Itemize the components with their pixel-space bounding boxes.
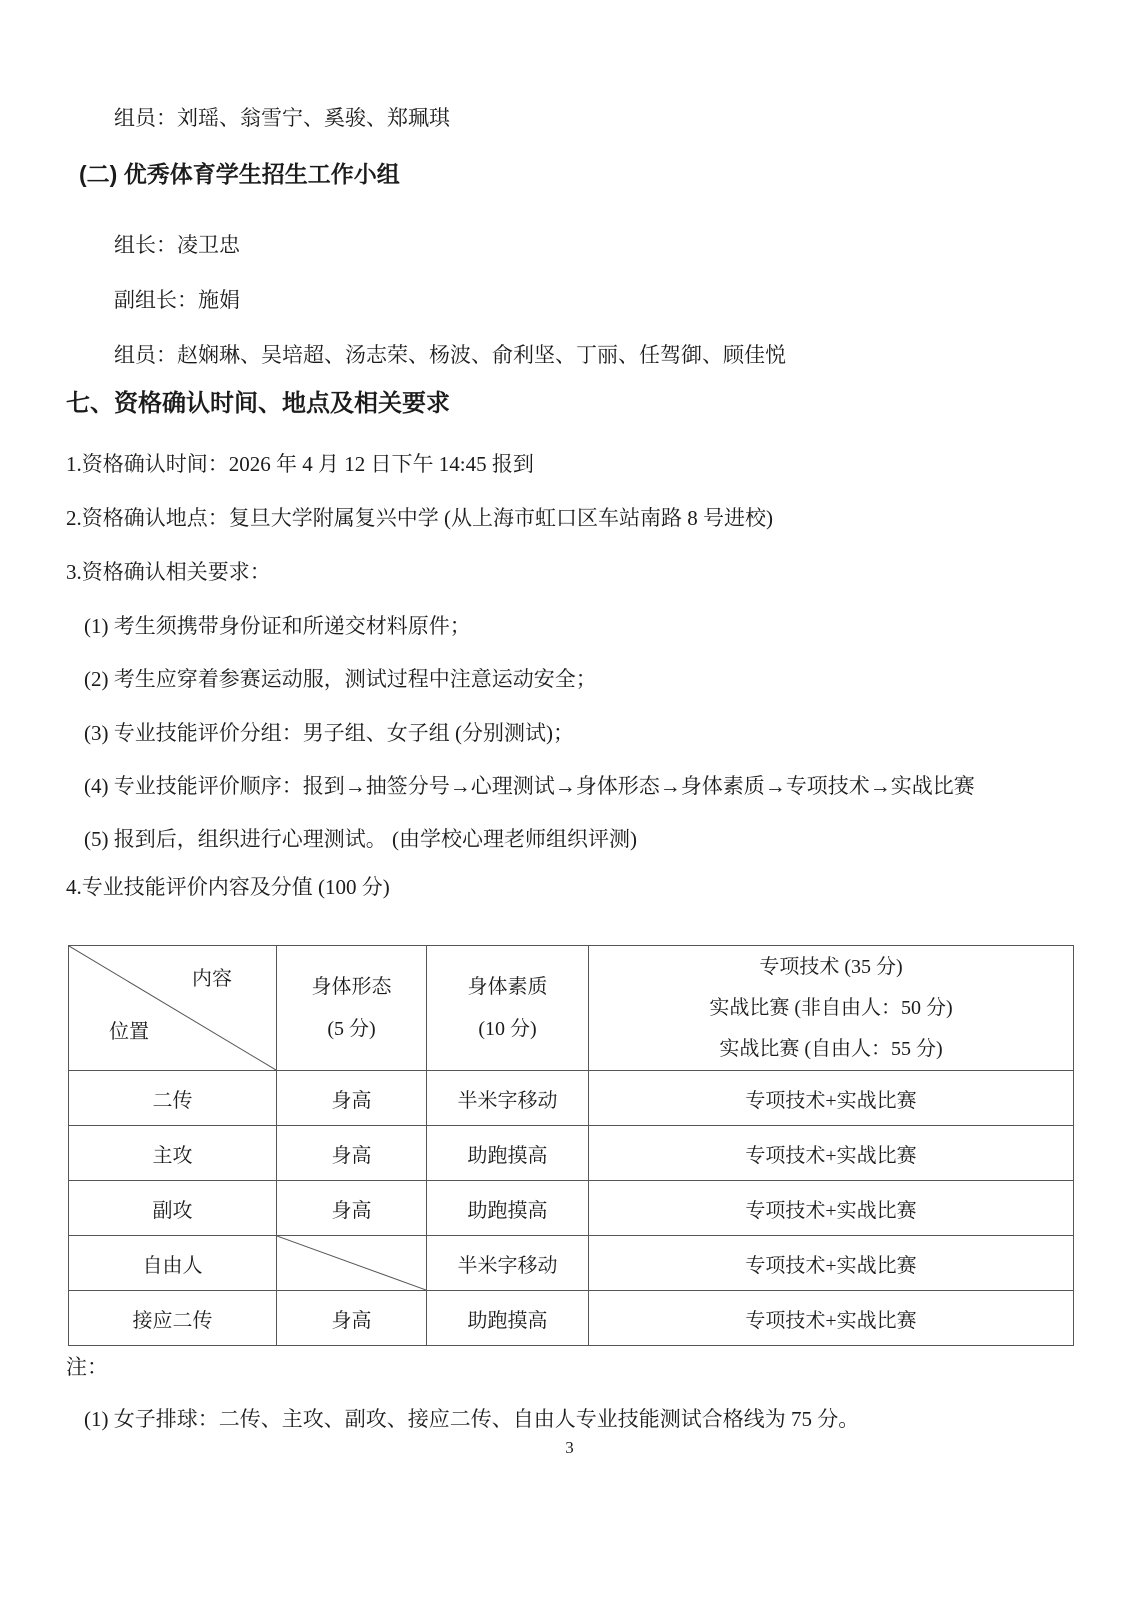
confirm-time-line: 1.资格确认时间：2026 年 4 月 12 日下午 14:45 报到 [66,449,534,479]
notes-label: 注： [66,1352,108,1382]
table-row: 主攻 身高 助跑摸高 专项技术+实战比赛 [69,1126,1074,1181]
table-header-row: 内容 位置 身体形态 (5 分) 身体素质 (10 分) 专项技术 (35 分)… [69,946,1074,1071]
cell-body-shape: 身高 [277,1071,427,1126]
header-line: 实战比赛 (非自由人：50 分) [589,988,1073,1029]
cell-body-quality: 助跑摸高 [427,1291,589,1346]
cell-position: 主攻 [69,1126,277,1181]
header-line: 身体素质 [427,966,588,1008]
evaluation-content-line: 4.专业技能评价内容及分值 (100 分) [66,872,390,902]
requirement-item-1: (1) 考生须携带身份证和所递交材料原件； [84,611,471,641]
table-corner-cell: 内容 位置 [69,946,277,1071]
requirement-item-4: (4) 专业技能评价顺序：报到→抽签分号→心理测试→身体形态→身体素质→专项技术… [84,771,975,801]
cell-body-shape: 身高 [277,1126,427,1181]
header-body-shape: 身体形态 (5 分) [277,946,427,1071]
page-number: 3 [0,1438,1139,1458]
requirement-item-5: (5) 报到后，组织进行心理测试。 (由学校心理老师组织评测) [84,824,637,854]
group-leader-line: 组长：凌卫忠 [114,230,240,260]
header-line: 专项技术 (35 分) [589,947,1073,988]
previous-group-members-line: 组员：刘瑶、翁雪宁、奚骏、郑珮琪 [114,103,450,133]
cell-body-quality: 半米字移动 [427,1236,589,1291]
cell-body-shape-diagonal [277,1236,427,1291]
header-line: (10 分) [427,1008,588,1050]
cell-skill: 专项技术+实战比赛 [589,1126,1074,1181]
header-line: 实战比赛 (自由人：55 分) [589,1029,1073,1070]
table-row: 自由人 半米字移动 专项技术+实战比赛 [69,1236,1074,1291]
cell-body-shape: 身高 [277,1181,427,1236]
cell-skill: 专项技术+实战比赛 [589,1071,1074,1126]
header-line: (5 分) [277,1008,426,1050]
cell-position: 副攻 [69,1181,277,1236]
cell-body-quality: 助跑摸高 [427,1126,589,1181]
cell-position: 自由人 [69,1236,277,1291]
cell-skill: 专项技术+实战比赛 [589,1291,1074,1346]
cell-position: 接应二传 [69,1291,277,1346]
cell-position: 二传 [69,1071,277,1126]
section-two-heading: (二) 优秀体育学生招生工作小组 [79,158,400,190]
cell-body-quality: 半米字移动 [427,1071,589,1126]
cell-body-quality: 助跑摸高 [427,1181,589,1236]
header-body-quality: 身体素质 (10 分) [427,946,589,1071]
table-row: 副攻 身高 助跑摸高 专项技术+实战比赛 [69,1181,1074,1236]
deputy-leader-line: 副组长：施娟 [114,285,240,315]
requirement-item-3: (3) 专业技能评价分组：男子组、女子组 (分别测试)； [84,718,574,748]
confirm-place-line: 2.资格确认地点：复旦大学附属复兴中学 (从上海市虹口区车站南路 8 号进校) [66,503,773,533]
header-skill-match: 专项技术 (35 分) 实战比赛 (非自由人：50 分) 实战比赛 (自由人：5… [589,946,1074,1071]
diagonal-line [69,946,276,1070]
table-row: 二传 身高 半米字移动 专项技术+实战比赛 [69,1071,1074,1126]
cell-body-shape: 身高 [277,1291,427,1346]
requirement-item-2: (2) 考生应穿着参赛运动服，测试过程中注意运动安全； [84,664,597,694]
cell-skill: 专项技术+实战比赛 [589,1236,1074,1291]
section-seven-heading: 七、资格确认时间、地点及相关要求 [66,387,450,421]
table-row: 接应二传 身高 助跑摸高 专项技术+实战比赛 [69,1291,1074,1346]
confirm-requirements-line: 3.资格确认相关要求： [66,557,271,587]
header-line: 身体形态 [277,966,426,1008]
corner-label-position: 位置 [109,1015,149,1044]
group-members-line: 组员：赵娴琳、吴培超、汤志荣、杨波、俞利坚、丁丽、任驾御、顾佳悦 [114,340,786,370]
diagonal-line [277,1236,426,1290]
note-item-1: (1) 女子排球：二传、主攻、副攻、接应二传、自由人专业技能测试合格线为 75 … [84,1404,859,1434]
evaluation-table: 内容 位置 身体形态 (5 分) 身体素质 (10 分) 专项技术 (35 分)… [68,945,1074,1346]
cell-skill: 专项技术+实战比赛 [589,1181,1074,1236]
document-page: 组员：刘瑶、翁雪宁、奚骏、郑珮琪 (二) 优秀体育学生招生工作小组 组长：凌卫忠… [0,0,1139,1611]
corner-label-content: 内容 [192,962,232,991]
